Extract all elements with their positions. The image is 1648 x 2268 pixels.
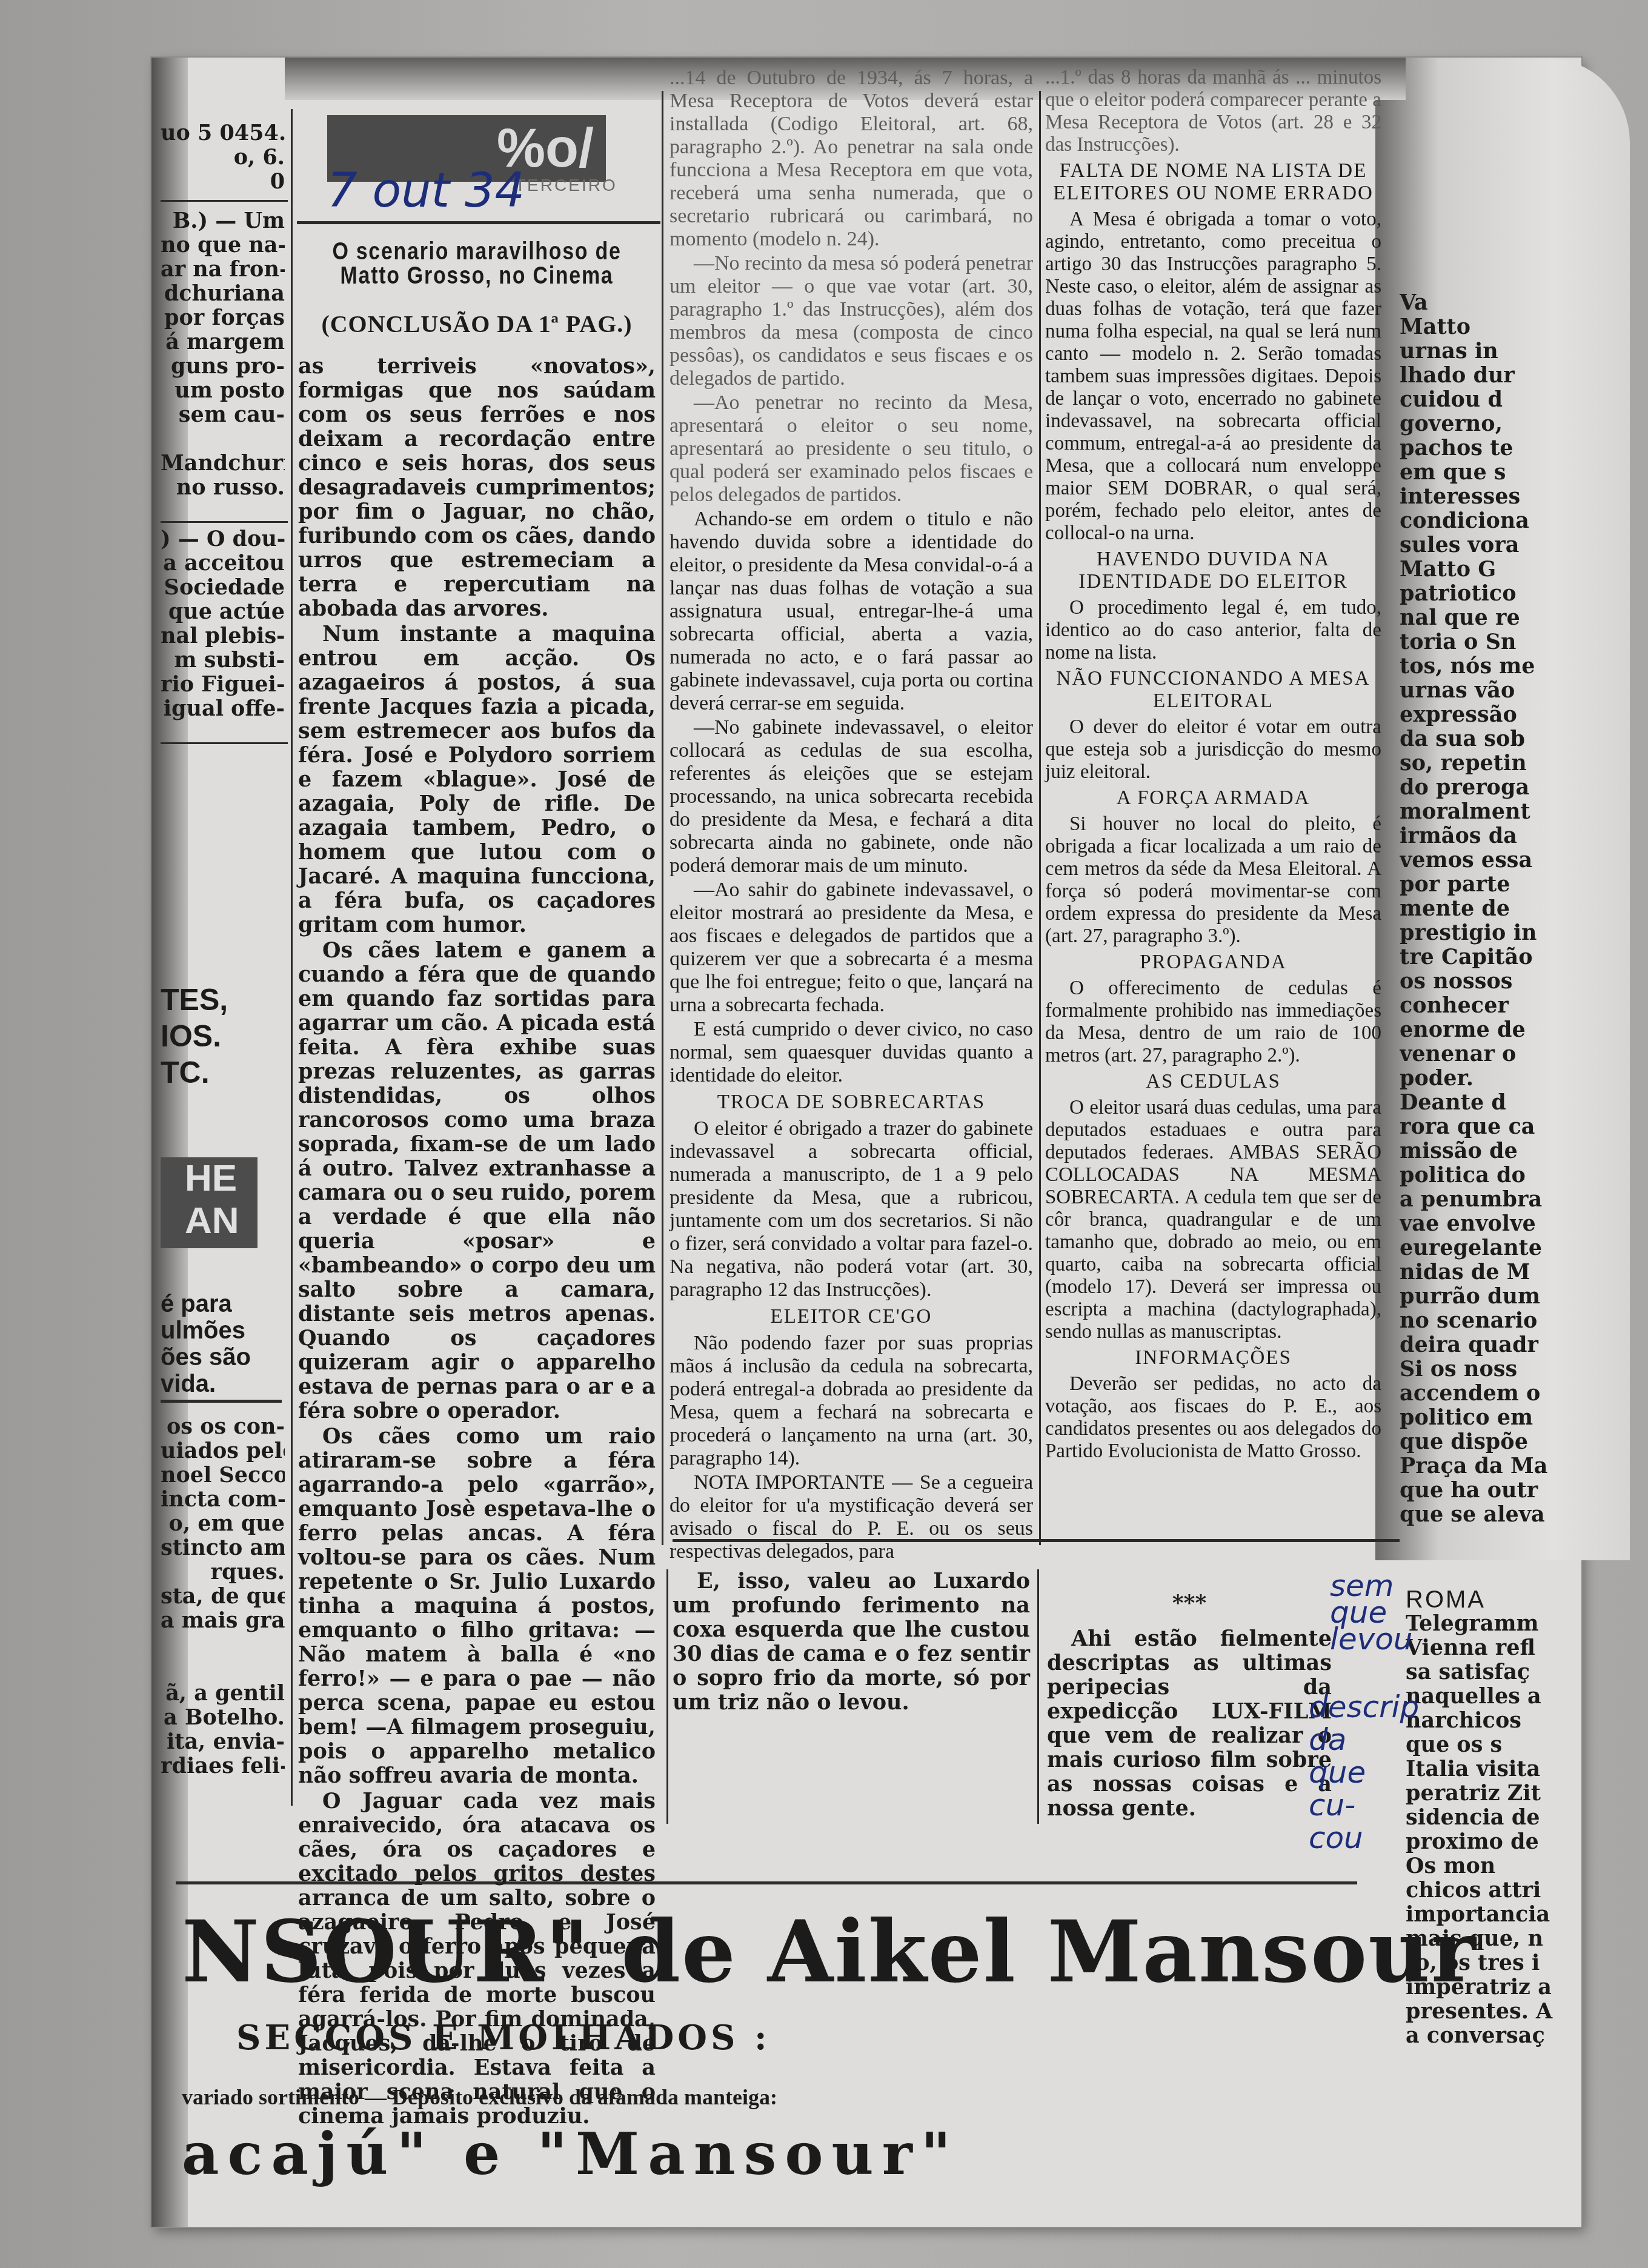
section-text: O procedimento legal é, em tudo, identic… <box>1045 597 1381 664</box>
fragment-line: o, 6. <box>161 145 285 170</box>
fragment-line: igual offe- <box>161 697 285 721</box>
fragment-line: Os mon <box>1406 1854 1575 1878</box>
fragment-line: missão de <box>1400 1139 1575 1163</box>
fragment-line: pachos te <box>1400 436 1575 461</box>
section-heading: ELEITOR CE'GO <box>669 1305 1033 1328</box>
ad-fragment-line: TC. <box>161 1054 228 1091</box>
fragment-line: a conversaç <box>1406 2024 1575 2048</box>
fragment-line: moralment <box>1400 800 1575 824</box>
fragment-rule <box>161 742 288 744</box>
fragment-line: que ha outr <box>1400 1478 1575 1503</box>
fragment-line: Si os noss <box>1400 1357 1575 1382</box>
fragment-line: Matto <box>1400 315 1575 339</box>
section-text: O eleitor é obrigado a trazer do gabinet… <box>669 1117 1033 1302</box>
fragment-line: B.) — Um <box>161 209 285 233</box>
right-fragment-column: VaMattournas inlhado durcuidou dgoverno,… <box>1400 291 1575 1527</box>
fragment-rule <box>161 1400 282 1403</box>
election-paragraph: Achando-se em ordem o titulo e não haven… <box>669 508 1033 715</box>
fragment-line: nidas de M <box>1400 1260 1575 1285</box>
fragment-line: so, repetin <box>1400 751 1575 776</box>
fragment-line: Praça da Ma <box>1400 1454 1575 1478</box>
fragment-line: poder. <box>1400 1066 1575 1091</box>
fragment-line: interesses <box>1400 485 1575 509</box>
section-heading: INFORMAÇÕES <box>1045 1347 1381 1369</box>
fragment-line: irmãos da <box>1400 824 1575 848</box>
fragment-line: expressão <box>1400 703 1575 727</box>
fragment-line: urnas in <box>1400 339 1575 364</box>
fragment-line: vemos essa <box>1400 848 1575 873</box>
article-subhead: (CONCLUSÃO DA 1ª PAG.) <box>298 312 656 336</box>
fragment-line: Telegramm <box>1406 1612 1575 1636</box>
fragment-line: a penumbra <box>1400 1188 1575 1212</box>
election-intro: ...1.º das 8 horas da manhã ás ... minut… <box>1045 67 1381 156</box>
election-column-1: ...14 de Outubro de 1934, ás 7 horas, a … <box>669 67 1033 1565</box>
handwritten-marginalia-1: semquelevou <box>1330 1572 1413 1652</box>
fragment-line: patriotico <box>1400 582 1575 606</box>
fragment-line: sidencia de <box>1406 1806 1575 1830</box>
fragment-line: sem cau- <box>161 403 285 427</box>
fragment-line: sules vora <box>1400 533 1575 557</box>
fragment-line: mente de <box>1400 897 1575 921</box>
fragment-line: que se aleva <box>1400 1503 1575 1527</box>
article-column-1: O scenario maravilhoso de Matto Grosso, … <box>298 239 656 2130</box>
fragment-line: rora que ca <box>1400 1115 1575 1139</box>
fragment-line: ita, envia- <box>161 1730 285 1754</box>
section-heading: FALTA DE NOME NA LISTA DE ELEITORES OU N… <box>1045 160 1381 205</box>
fragment-line: deira quadr <box>1400 1333 1575 1357</box>
section-heading: HAVENDO DUVIDA NA IDENTIDADE DO ELEITOR <box>1045 548 1381 593</box>
fragment-line: ) — O dou- <box>161 527 285 551</box>
fragment-line: stincto ami- <box>161 1536 285 1560</box>
fragment-line: accendem o <box>1400 1382 1575 1406</box>
fragment-line: Matto G <box>1400 557 1575 582</box>
election-paragraph: —No gabinete indevassavel, o eleitor col… <box>669 716 1033 877</box>
fragment-line: do preroga <box>1400 776 1575 800</box>
handwritten-word: levou <box>1330 1626 1413 1652</box>
fragment-line: ar na fron- <box>161 258 285 282</box>
fragment-line: Sociedade <box>161 576 285 600</box>
fragment-line: em que s <box>1400 461 1575 485</box>
section-text: Si houver no local do pleito, é obrigada… <box>1045 813 1381 948</box>
fragment-line <box>161 1633 285 1657</box>
fragment-line: naquelles a <box>1406 1684 1575 1709</box>
fragment-line: ã, a gentil <box>161 1681 285 1706</box>
fragment-line: por parte <box>1400 873 1575 897</box>
fragment-line: sta, de que <box>161 1585 285 1609</box>
fragment-line: que os s <box>1406 1733 1575 1757</box>
ad-title: NSOUR" de Aikel Mansour <box>182 1903 1477 2002</box>
fragment-line: uo 5 0454. <box>161 121 285 145</box>
fragment-line: que dispõe <box>1400 1430 1575 1454</box>
fragment-line: venenar o <box>1400 1042 1575 1066</box>
election-paragraph: —Ao penetrar no recinto da Mesa, apresen… <box>669 391 1033 507</box>
article-paragraph: Ahi estão fielmente descriptas as ultima… <box>1047 1627 1332 1821</box>
fragment-rule <box>161 200 288 202</box>
fragment-line: a Botelho. <box>161 1706 285 1730</box>
left-fragment-news-3: os os con-uiados pelonoel Seccoincta com… <box>161 1415 285 1778</box>
column-rule <box>291 109 293 1806</box>
fragment-line: cuidou d <box>1400 388 1575 412</box>
fragment-line: Vienna refl <box>1406 1636 1575 1660</box>
fragment-line: Mandchuria <box>161 451 285 476</box>
fragment-line: no russo. <box>161 476 285 500</box>
ad-fragment-line: IOS. <box>161 1018 228 1054</box>
ad-fragment-text: TES,IOS.TC. <box>161 982 228 1091</box>
fragment-line: no scenario <box>1400 1309 1575 1333</box>
section-text: Deverão ser pedidas, no acto da votação,… <box>1045 1373 1381 1463</box>
fragment-line: conhecer <box>1400 994 1575 1018</box>
ad-tag-line: vida. <box>161 1371 251 1397</box>
fragment-line: uiados pelo <box>161 1439 285 1463</box>
fragment-line: os nossos <box>1400 969 1575 994</box>
section-heading: NÃO FUNCCIONANDO A MESA ELEITORAL <box>1045 668 1381 713</box>
article-column-3: *** Ahi estão fielmente descriptas as ul… <box>1047 1572 1332 1822</box>
fragment-line: m substi- <box>161 648 285 673</box>
fragment-rule <box>161 521 288 523</box>
fragment-line: vae envolve <box>1400 1212 1575 1236</box>
fragment-line: politica do <box>1400 1163 1575 1188</box>
fragment-line: lhado dur <box>1400 364 1575 388</box>
fragment-line: urnas vão <box>1400 679 1575 703</box>
fragment-line: á margem <box>161 330 285 354</box>
left-fragment-news-1: B.) — Umno que na-ar na fron-dchurianapo… <box>161 209 285 500</box>
handwritten-word: cu- <box>1309 1789 1419 1821</box>
fragment-line: peratriz Zit <box>1406 1781 1575 1806</box>
fragment-line: nal que re <box>1400 606 1575 630</box>
fragment-line: a acceitou <box>161 551 285 576</box>
ad-brands: acajú" e "Mansour" <box>182 2121 959 2188</box>
ad-dark-line: HE <box>185 1157 257 1200</box>
fragment-line: 0 <box>161 170 285 194</box>
ad-tagline: é paraulmõesões sãovida. <box>161 1291 251 1397</box>
ad-subtitle: SECCOS E MOLHADOS : <box>236 2018 771 2058</box>
column-rule <box>1039 91 1041 1545</box>
fragment-line: Deante d <box>1400 1091 1575 1115</box>
headline-rule <box>297 221 660 224</box>
fragment-line: da sua sob <box>1400 727 1575 751</box>
ad-dark-panel: HEAN <box>161 1157 257 1248</box>
column-rule <box>662 91 663 1545</box>
ad-tag-line: ões são <box>161 1344 251 1371</box>
handwritten-marginalia-2: descripdaquecu-cou <box>1309 1691 1419 1854</box>
section-text: Não podendo fazer por suas proprias mãos… <box>669 1332 1033 1470</box>
election-paragraph: ...14 de Outubro de 1934, ás 7 horas, a … <box>669 67 1033 251</box>
section-text: A Mesa é obrigada a tomar o voto, agindo… <box>1045 208 1381 545</box>
fragment-line: rio Figuei- <box>161 673 285 697</box>
left-fragment-news-2: ) — O dou-a acceitouSociedadeque actúena… <box>161 527 285 721</box>
fragment-line <box>161 427 285 451</box>
right-fragment-heading: ROMA <box>1406 1588 1575 1612</box>
section-heading: A FORÇA ARMADA <box>1045 787 1381 810</box>
fragment-line: purrão dum <box>1400 1285 1575 1309</box>
section-text: NOTA IMPORTANTE — Se a cegueira do eleit… <box>669 1471 1033 1563</box>
section-text: O eleitor usará duas cedulas, uma para d… <box>1045 1097 1381 1343</box>
fragment-line: governo, <box>1400 412 1575 436</box>
fragment-line <box>161 1657 285 1681</box>
ad-tag-line: ulmões <box>161 1317 251 1344</box>
masthead-subtitle: TERCEIRO <box>515 176 617 195</box>
fragment-line: por forças <box>161 306 285 330</box>
ad-note: variado sortimento — Deposito exclusivo … <box>182 2084 777 2110</box>
fragment-line: presentes. A <box>1406 2000 1575 2024</box>
article-paragraph: Os cães como um raio atiraram-se sobre a… <box>298 1425 656 1788</box>
handwritten-word: cou <box>1309 1821 1419 1854</box>
left-illustrated-ad: TES,IOS.TC. HEAN é paraulmõesões sãovida… <box>161 945 257 1406</box>
fragment-line: euregelante <box>1400 1236 1575 1260</box>
handwritten-word: que <box>1309 1756 1419 1789</box>
column-rule <box>666 1569 668 1824</box>
fragment-line: Italia visita <box>1406 1757 1575 1781</box>
article-paragraph: as terriveis «novatos», formigas que nos… <box>298 354 656 621</box>
fragment-line: politico em <box>1400 1406 1575 1430</box>
article-paragraph: Os cães latem e ganem a cuando a féra qu… <box>298 939 656 1423</box>
fragment-line: incta com- <box>161 1488 285 1512</box>
fragment-line: enorme de <box>1400 1018 1575 1042</box>
article-paragraph: Num instante a maquina entrou em acção. … <box>298 622 656 937</box>
fragment-line: os os con- <box>161 1415 285 1439</box>
section-text: O dever do eleitor é votar em outra que … <box>1045 716 1381 783</box>
fragment-line: que actúe <box>161 600 285 624</box>
section-heading: AS CEDULAS <box>1045 1071 1381 1093</box>
fragment-line: proximo de <box>1406 1830 1575 1854</box>
fragment-line: rques. <box>161 1560 285 1585</box>
fragment-line: sa satisfaç <box>1406 1660 1575 1684</box>
fragment-line: Va <box>1400 291 1575 315</box>
fragment-line: narchicos <box>1406 1709 1575 1733</box>
fragment-line: tos, nós me <box>1400 654 1575 679</box>
election-paragraph: —No recinto da mesa só poderá penetrar u… <box>669 252 1033 390</box>
fragment-line: prestigio in <box>1400 921 1575 945</box>
section-text: O offerecimento de cedulas é formalmente… <box>1045 977 1381 1067</box>
fragment-line: toria o Sn <box>1400 630 1575 654</box>
fragment-line: chicos attri <box>1406 1878 1575 1903</box>
ad-tag-line: é para <box>161 1291 251 1317</box>
election-paragraph: E está cumprido o dever civico, no caso … <box>669 1018 1033 1087</box>
left-fragment-top: uo 5 0454. o, 6. 0 <box>161 121 285 194</box>
section-heading: TROCA DE SOBRECARTAS <box>669 1091 1033 1114</box>
election-paragraph: —Ao sahir do gabinete indevassavel, o el… <box>669 879 1033 1017</box>
article-paragraph: E, isso, valeu ao Luxardo um profundo fe… <box>673 1569 1030 1715</box>
election-column-2: ...1.º das 8 horas da manhã ás ... minut… <box>1045 67 1381 1464</box>
article-headline: O scenario maravilhoso de Matto Grosso, … <box>325 239 629 288</box>
ad-fragment-line: TES, <box>161 982 228 1018</box>
section-separator: *** <box>1047 1591 1332 1615</box>
ad-dark-line: AN <box>185 1200 257 1242</box>
fragment-line: guns pro- <box>161 354 285 379</box>
handwritten-word: da <box>1309 1723 1419 1756</box>
handwritten-word: descrip <box>1309 1691 1419 1723</box>
fragment-line: noel Secco <box>161 1463 285 1488</box>
fragment-line: a mais grata <box>161 1609 285 1633</box>
fragment-line: nal plebis- <box>161 624 285 648</box>
fragment-line: dchuriana <box>161 282 285 306</box>
fragment-line: o, em que <box>161 1512 285 1536</box>
fragment-line: rdiaes feli- <box>161 1754 285 1778</box>
section-heading: PROPAGANDA <box>1045 951 1381 974</box>
column-rule <box>1037 1569 1039 1824</box>
fragment-line: no que na- <box>161 233 285 258</box>
fragment-line: condiciona <box>1400 509 1575 533</box>
handwritten-date: 7 out 34 <box>327 164 525 218</box>
article-column-2: E, isso, valeu ao Luxardo um profundo fe… <box>673 1569 1030 1716</box>
fragment-line: tre Capitão <box>1400 945 1575 969</box>
fragment-line: um posto <box>161 379 285 403</box>
